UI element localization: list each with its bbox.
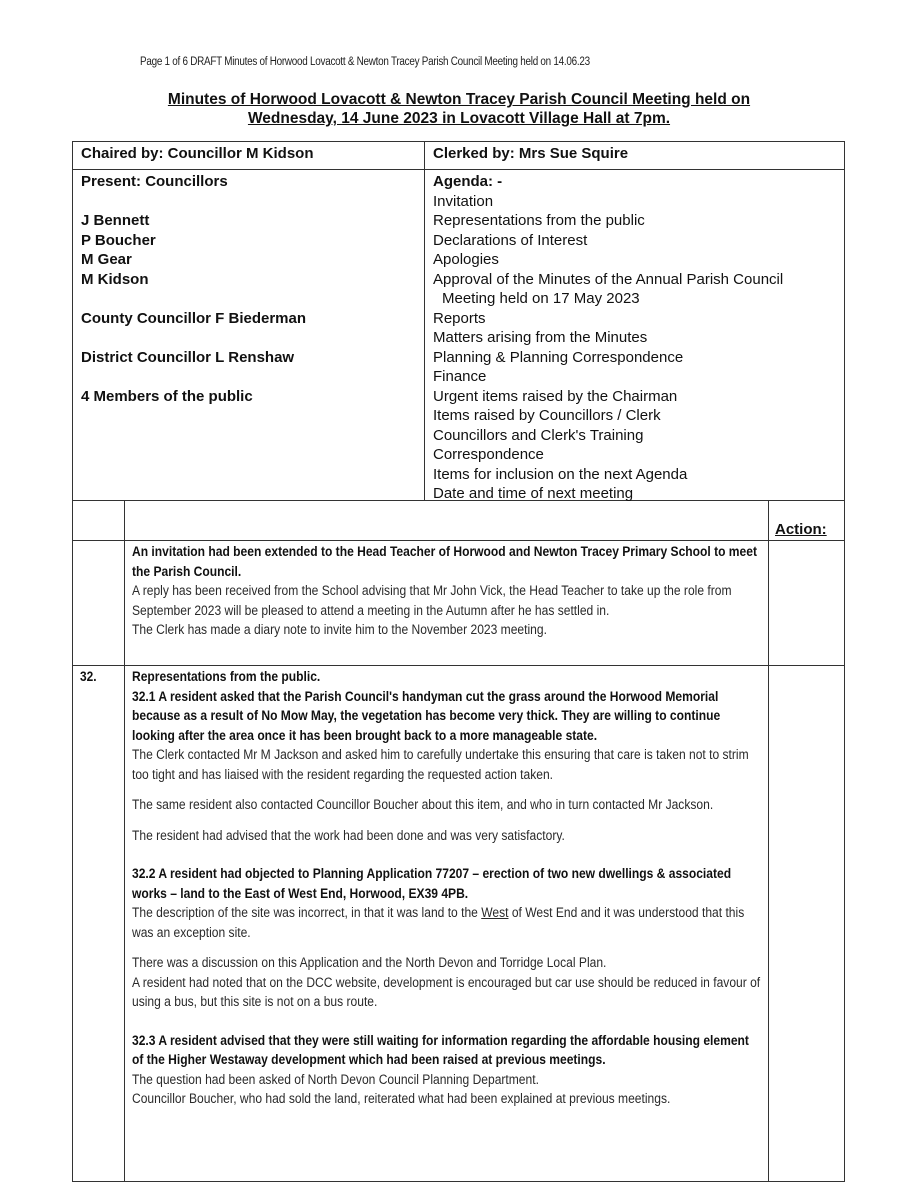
underlined-text: West — [481, 905, 508, 921]
item-paragraph: Councillor Boucher, who had sold the lan… — [132, 1090, 761, 1110]
table-divider — [424, 141, 425, 501]
item-paragraph: The same resident also contacted Council… — [132, 796, 761, 816]
title-line-1: Minutes of Horwood Lovacott & Newton Tra… — [72, 90, 846, 109]
minute-item-representations: Representations from the public. 32.1 A … — [132, 668, 761, 1110]
present-heading: Present: Councillors — [81, 172, 306, 192]
present-item: M Kidson — [81, 270, 306, 290]
document-title: Minutes of Horwood Lovacott & Newton Tra… — [72, 90, 846, 128]
present-item: M Gear — [81, 250, 306, 270]
agenda-item: Correspondence — [433, 445, 843, 465]
page-header: Page 1 of 6 DRAFT Minutes of Horwood Lov… — [140, 56, 590, 68]
chaired-by: Chaired by: Councillor M Kidson — [81, 145, 314, 162]
action-column-header: Action: — [775, 521, 827, 538]
present-spacer — [81, 367, 306, 387]
agenda-item: Approval of the Minutes of the Annual Pa… — [433, 270, 843, 290]
item-paragraph: The Clerk has made a diary note to invit… — [132, 621, 761, 641]
present-item: 4 Members of the public — [81, 387, 306, 407]
table-divider — [72, 540, 845, 541]
present-spacer — [81, 289, 306, 309]
agenda-heading: Agenda: - — [433, 172, 843, 192]
agenda-item: Finance — [433, 367, 843, 387]
subitem-heading-32-2: 32.2 A resident had objected to Planning… — [132, 865, 761, 904]
title-line-2: Wednesday, 14 June 2023 in Lovacott Vill… — [72, 109, 846, 128]
agenda-item: Items for inclusion on the next Agenda — [433, 465, 843, 485]
item-paragraph: The question had been asked of North Dev… — [132, 1071, 761, 1091]
agenda-item: Representations from the public — [433, 211, 843, 231]
present-item: County Councillor F Biederman — [81, 309, 306, 329]
agenda-item-continuation: Meeting held on 17 May 2023 — [433, 289, 843, 309]
agenda-item: Councillors and Clerk's Training — [433, 426, 843, 446]
clerked-by: Clerked by: Mrs Sue Squire — [433, 145, 628, 162]
present-item: District Councillor L Renshaw — [81, 348, 306, 368]
minute-item-invitation: An invitation had been extended to the H… — [132, 543, 761, 641]
item-paragraph: A resident had noted that on the DCC web… — [132, 974, 761, 1013]
table-divider — [768, 500, 769, 1182]
agenda-item: Reports — [433, 309, 843, 329]
item-paragraph: The resident had advised that the work h… — [132, 827, 761, 847]
item-paragraph: There was a discussion on this Applicati… — [132, 954, 761, 974]
agenda-item: Invitation — [433, 192, 843, 212]
subitem-heading-32-3: 32.3 A resident advised that they were s… — [132, 1032, 761, 1071]
table-divider — [72, 169, 845, 170]
present-item: J Bennett — [81, 211, 306, 231]
present-spacer — [81, 328, 306, 348]
text-span: The description of the site was incorrec… — [132, 905, 481, 921]
table-divider — [72, 665, 845, 666]
item-paragraph: The Clerk contacted Mr M Jackson and ask… — [132, 746, 761, 785]
item-number: 32. — [80, 668, 97, 684]
present-item: P Boucher — [81, 231, 306, 251]
item-heading: Representations from the public. — [132, 668, 761, 688]
item-heading: An invitation had been extended to the H… — [132, 543, 761, 582]
table-divider — [124, 500, 125, 1182]
subitem-heading-32-1: 32.1 A resident asked that the Parish Co… — [132, 688, 761, 747]
item-paragraph: The description of the site was incorrec… — [132, 904, 761, 943]
item-paragraph: A reply has been received from the Schoo… — [132, 582, 761, 621]
agenda-item: Urgent items raised by the Chairman — [433, 387, 843, 407]
agenda-item: Planning & Planning Correspondence — [433, 348, 843, 368]
agenda-item: Apologies — [433, 250, 843, 270]
agenda-item: Declarations of Interest — [433, 231, 843, 251]
agenda-item: Items raised by Councillors / Clerk — [433, 406, 843, 426]
present-list: Present: Councillors J Bennett P Boucher… — [81, 172, 306, 406]
agenda-list: Agenda: - Invitation Representations fro… — [433, 172, 843, 504]
agenda-item: Matters arising from the Minutes — [433, 328, 843, 348]
present-spacer — [81, 192, 306, 212]
